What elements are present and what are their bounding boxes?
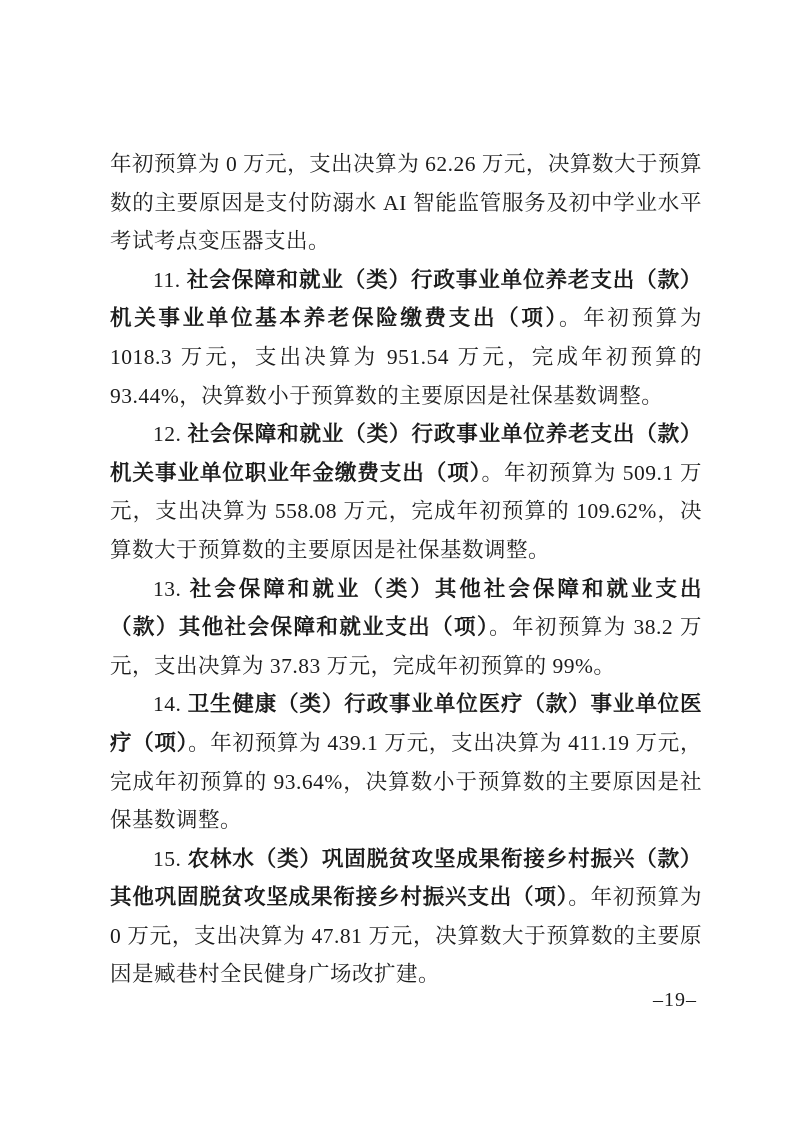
text-segment: 13. xyxy=(153,577,190,601)
page-number: –19– xyxy=(653,988,697,1012)
paragraph: 年初预算为 0 万元，支出决算为 62.26 万元，决算数大于预算数的主要原因是… xyxy=(110,145,702,261)
text-segment: 14. xyxy=(153,692,188,716)
text-segment: 11. xyxy=(153,268,187,292)
paragraph: 14. 卫生健康（类）行政事业单位医疗（款）事业单位医疗（项）。年初预算为 43… xyxy=(110,685,702,839)
text-segment: 15. xyxy=(153,847,188,871)
text-segment: 年初预算为 0 万元，支出决算为 62.26 万元，决算数大于预算数的主要原因是… xyxy=(110,152,702,253)
text-segment: 。年初预算为 439.1 万元，支出决算为 411.19 万元，完成年初预算的 … xyxy=(110,731,702,832)
paragraph: 11. 社会保障和就业（类）行政事业单位养老支出（款）机关事业单位基本养老保险缴… xyxy=(110,261,702,415)
text-segment: 12. xyxy=(153,422,188,446)
document-body: 年初预算为 0 万元，支出决算为 62.26 万元，决算数大于预算数的主要原因是… xyxy=(110,145,702,994)
paragraph: 13. 社会保障和就业（类）其他社会保障和就业支出（款）其他社会保障和就业支出（… xyxy=(110,570,702,686)
paragraph: 12. 社会保障和就业（类）行政事业单位养老支出（款）机关事业单位职业年金缴费支… xyxy=(110,415,702,569)
paragraph: 15. 农林水（类）巩固脱贫攻坚成果衔接乡村振兴（款）其他巩固脱贫攻坚成果衔接乡… xyxy=(110,840,702,994)
document-page: 年初预算为 0 万元，支出决算为 62.26 万元，决算数大于预算数的主要原因是… xyxy=(0,0,793,1122)
